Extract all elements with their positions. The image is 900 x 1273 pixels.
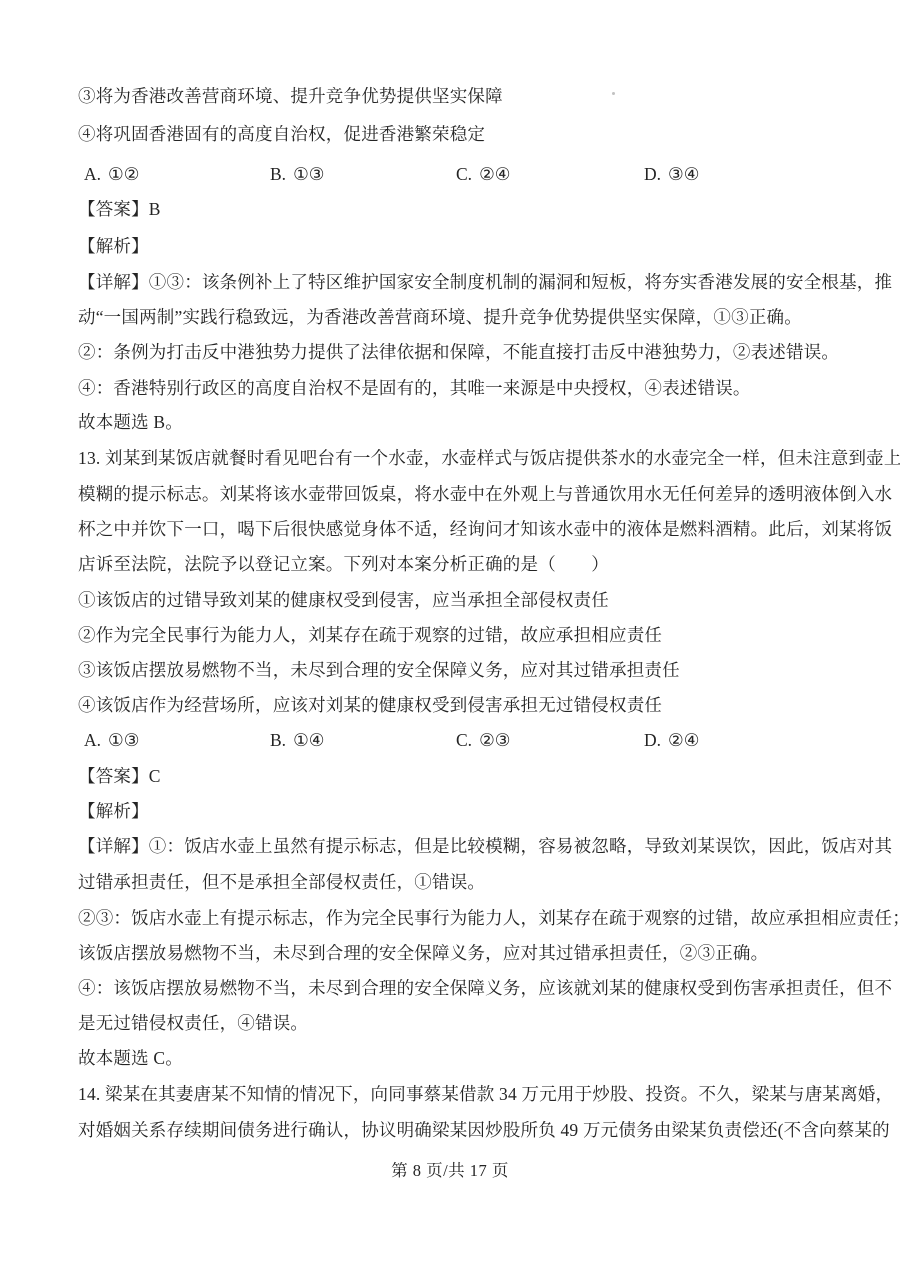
- q13-stem-line: 13. 刘某到某饭店就餐时看见吧台有一个水壶，水壶样式与饭店提供茶水的水壶完全一…: [78, 448, 878, 469]
- choice-label: D.: [644, 164, 661, 184]
- q12-choices-row: A.①② B.①③ C.②④ D.③④: [78, 164, 838, 186]
- q14-stem-line: 14. 梁某在其妻唐某不知情的情况下，向同事蔡某借款 34 万元用于炒股、投资。…: [78, 1084, 878, 1105]
- q12-explanation-line: 【详解】①③：该条例补上了特区维护国家安全制度机制的漏洞和短板，将夯实香港发展的…: [78, 272, 878, 293]
- choice-value: ③④: [668, 164, 699, 184]
- q12-choice-a: A.①②: [84, 164, 139, 185]
- q13-conclusion-line: 故本题选 C。: [78, 1048, 878, 1069]
- q13-statement-line-4: ④该饭店作为经营场所，应该对刘某的健康权受到侵害承担无过错侵权责任: [78, 695, 878, 716]
- q13-statement-line-3: ③该饭店摆放易燃物不当，未尽到合理的安全保障义务，应对其过错承担责任: [78, 660, 878, 681]
- q13-explanation-line: 【详解】①：饭店水壶上虽然有提示标志，但是比较模糊，容易被忽略，导致刘某误饮，因…: [78, 836, 878, 857]
- q13-choice-a: A.①③: [84, 730, 139, 751]
- q12-choice-d: D.③④: [644, 164, 699, 185]
- q13-stem-line: 模糊的提示标志。刘某将该水壶带回饭桌，将水壶中在外观上与普通饮用水无任何差异的透…: [78, 484, 878, 505]
- q12-explanation-line: ④：香港特别行政区的高度自治权不是固有的，其唯一来源是中央授权，④表述错误。: [78, 378, 878, 399]
- page-footer: 第 8 页/共 17 页: [0, 1161, 900, 1181]
- choice-value: ①③: [108, 730, 139, 750]
- q12-answer-line: 【答案】B: [78, 199, 878, 220]
- choice-label: A.: [84, 730, 101, 750]
- choice-label: D.: [644, 730, 661, 750]
- q12-statement-line-3: ③将为香港改善营商环境、提升竞争优势提供坚实保障: [78, 86, 878, 107]
- q12-conclusion-line: 故本题选 B。: [78, 412, 878, 433]
- choice-value: ②④: [668, 730, 699, 750]
- choice-value: ②③: [479, 730, 510, 750]
- choice-label: C.: [456, 730, 472, 750]
- q12-choice-b: B.①③: [270, 164, 324, 185]
- q13-statement-line-2: ②作为完全民事行为能力人，刘某存在疏于观察的过错，故应承担相应责任: [78, 625, 878, 646]
- q12-explanation-line: 动“一国两制”实践行稳致远，为香港改善营商环境、提升竞争优势提供坚实保障，①③正…: [78, 307, 878, 328]
- q13-explanation-line: 该饭店摆放易燃物不当，未尽到合理的安全保障义务，应对其过错承担责任，②③正确。: [78, 943, 878, 964]
- q13-stem-line: 店诉至法院，法院予以登记立案。下列对本案分析正确的是（ ）: [78, 554, 878, 575]
- q13-explanation-line: ④：该饭店摆放易燃物不当，未尽到合理的安全保障义务，应该就刘某的健康权受到伤害承…: [78, 978, 878, 999]
- choice-value: ①④: [293, 730, 324, 750]
- q13-analysis-line: 【解析】: [78, 801, 878, 822]
- q13-choice-b: B.①④: [270, 730, 324, 751]
- q12-analysis-line: 【解析】: [78, 236, 878, 257]
- q14-stem-line: 对婚姻关系存续期间债务进行确认，协议明确梁某因炒股所负 49 万元债务由梁某负责…: [78, 1120, 878, 1141]
- choice-label: C.: [456, 164, 472, 184]
- choice-value: ①②: [108, 164, 139, 184]
- q12-choice-c: C.②④: [456, 164, 510, 185]
- q12-explanation-line: ②：条例为打击反中港独势力提供了法律依据和保障，不能直接打击反中港独势力，②表述…: [78, 342, 878, 363]
- q13-stem-line: 杯之中并饮下一口，喝下后很快感觉身体不适，经询问才知该水壶中的液体是燃料酒精。此…: [78, 519, 878, 540]
- q13-explanation-line: ②③：饭店水壶上有提示标志，作为完全民事行为能力人，刘某存在疏于观察的过错，故应…: [78, 908, 878, 929]
- exam-answer-page: ③将为香港改善营商环境、提升竞争优势提供坚实保障 ④将巩固香港固有的高度自治权，…: [0, 0, 900, 1273]
- q13-explanation-line: 是无过错侵权责任，④错误。: [78, 1013, 878, 1034]
- q13-statement-line-1: ①该饭店的过错导致刘某的健康权受到侵害，应当承担全部侵权责任: [78, 590, 878, 611]
- q13-answer-line: 【答案】C: [78, 766, 878, 787]
- choice-label: B.: [270, 730, 286, 750]
- q13-choice-c: C.②③: [456, 730, 510, 751]
- choice-label: A.: [84, 164, 101, 184]
- choice-value: ②④: [479, 164, 510, 184]
- q13-explanation-line: 过错承担责任，但不是承担全部侵权责任，①错误。: [78, 872, 878, 893]
- q13-choice-d: D.②④: [644, 730, 699, 751]
- choice-label: B.: [270, 164, 286, 184]
- q13-choices-row: A.①③ B.①④ C.②③ D.②④: [78, 730, 838, 752]
- q12-statement-line-4: ④将巩固香港固有的高度自治权，促进香港繁荣稳定: [78, 124, 878, 145]
- choice-value: ①③: [293, 164, 324, 184]
